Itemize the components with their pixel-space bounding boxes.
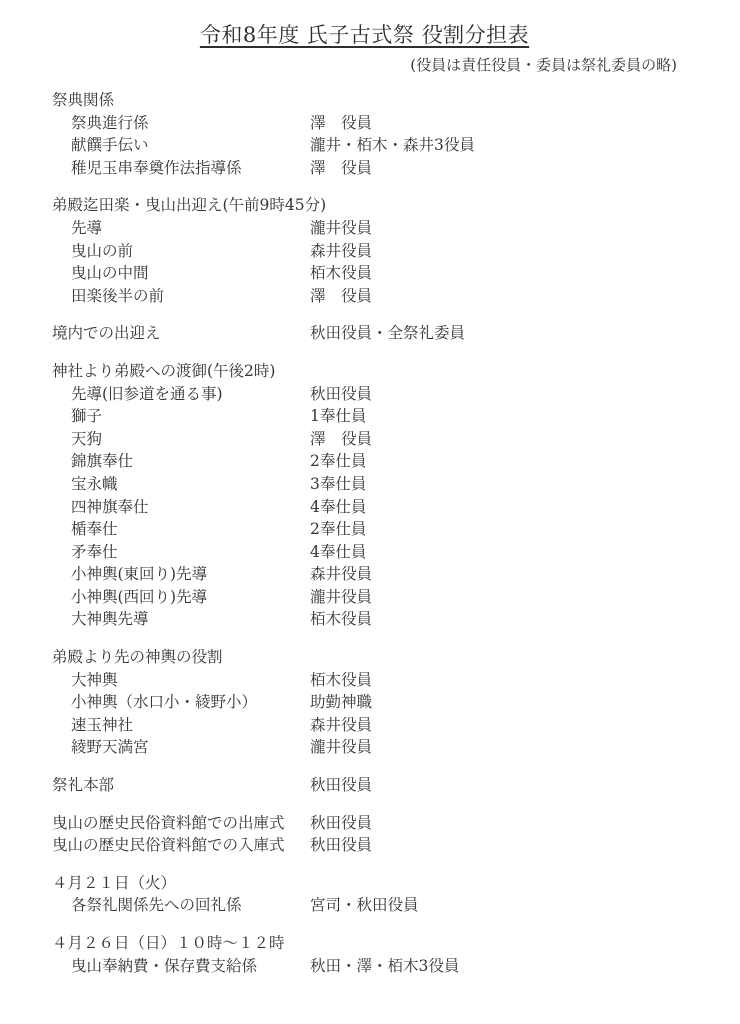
assignment-row: 大神輿 栢木役員 xyxy=(52,669,677,692)
role-label: 曳山奉納費・保存費支給係 xyxy=(52,955,310,978)
assignee-value: 澤 役員 xyxy=(310,112,372,135)
role-label: 先導(旧参道を通る事) xyxy=(52,383,310,406)
role-label: 錦旗奉仕 xyxy=(52,450,310,473)
role-label: 先導 xyxy=(52,217,310,240)
page-title-text: 令和8年度 氏子古式祭 役割分担表 xyxy=(200,23,529,47)
role-label: 境内での出迎え xyxy=(52,322,310,345)
section-heading: 弟殿迄田楽・曳山出迎え(午前9時45分) xyxy=(52,194,677,217)
assignee-value: 秋田役員 xyxy=(310,812,372,835)
assignment-row: 小神輿(東回り)先導 森井役員 xyxy=(52,563,677,586)
assignee-value: 秋田・澤・栢木3役員 xyxy=(310,955,459,978)
assignment-row: 曳山の中間 栢木役員 xyxy=(52,262,677,285)
assignment-row: 曳山の前 森井役員 xyxy=(52,240,677,263)
assignee-value: 瀧井役員 xyxy=(310,736,372,759)
assignee-value: 4奉仕員 xyxy=(310,541,366,564)
page: { "document": { "title": "令和8年度 氏子古式祭 役割… xyxy=(0,0,740,1024)
assignment-row: 四神旗奉仕 4奉仕員 xyxy=(52,496,677,519)
section: 弟殿迄田楽・曳山出迎え(午前9時45分) 先導 瀧井役員 曳山の前 森井役員 曳… xyxy=(52,194,677,307)
document-page: 令和8年度 氏子古式祭 役割分担表 (役員は責任役員・委員は祭礼委員の略) 祭典… xyxy=(0,0,740,1024)
section-heading: 神社より弟殿への渡御(午後2時) xyxy=(52,360,677,383)
section-rows: 祭典進行係 澤 役員 献饌手伝い 瀧井・栢木・森井3役員 稚児玉串奉奠作法指導係… xyxy=(52,112,677,180)
assignment-row: 曳山の歴史民俗資料館での入庫式 秋田役員 xyxy=(52,834,677,857)
section-heading: 祭典関係 xyxy=(52,89,677,112)
section: 祭礼本部 秋田役員 xyxy=(52,774,677,797)
role-label: 矛奉仕 xyxy=(52,541,310,564)
assignee-value: 秋田役員 xyxy=(310,774,372,797)
role-label: 祭礼本部 xyxy=(52,774,310,797)
assignment-row: 各祭礼関係先への回礼係 宮司・秋田役員 xyxy=(52,894,677,917)
section-rows: 境内での出迎え 秋田役員・全祭礼委員 xyxy=(52,322,677,345)
section: 境内での出迎え 秋田役員・全祭礼委員 xyxy=(52,322,677,345)
assignee-value: 瀧井役員 xyxy=(310,586,372,609)
assignee-value: 2奉仕員 xyxy=(310,450,366,473)
assignment-row: 曳山奉納費・保存費支給係 秋田・澤・栢木3役員 xyxy=(52,955,677,978)
section: ４月２１日（火） 各祭礼関係先への回礼係 宮司・秋田役員 xyxy=(52,872,677,917)
section-heading: 弟殿より先の神輿の役割 xyxy=(52,646,677,669)
role-label: 小神輿(東回り)先導 xyxy=(52,563,310,586)
role-label: 速玉神社 xyxy=(52,714,310,737)
role-label: 曳山の歴史民俗資料館での出庫式 xyxy=(52,812,310,835)
assignment-row: 祭礼本部 秋田役員 xyxy=(52,774,677,797)
page-title: 令和8年度 氏子古式祭 役割分担表 xyxy=(52,22,677,48)
assignment-list: 祭典関係 祭典進行係 澤 役員 献饌手伝い 瀧井・栢木・森井3役員 稚児玉串奉奠… xyxy=(52,89,677,977)
role-label: 四神旗奉仕 xyxy=(52,496,310,519)
section: 曳山の歴史民俗資料館での出庫式 秋田役員 曳山の歴史民俗資料館での入庫式 秋田役… xyxy=(52,812,677,857)
role-label: 曳山の歴史民俗資料館での入庫式 xyxy=(52,834,310,857)
assignment-row: 宝永幟 3奉仕員 xyxy=(52,473,677,496)
assignee-value: 秋田役員 xyxy=(310,834,372,857)
assignment-row: 田楽後半の前 澤 役員 xyxy=(52,285,677,308)
assignee-value: 秋田役員・全祭礼委員 xyxy=(310,322,465,345)
assignee-value: 澤 役員 xyxy=(310,157,372,180)
assignee-value: 栢木役員 xyxy=(310,669,372,692)
section-rows: 先導(旧参道を通る事) 秋田役員 獅子 1奉仕員 天狗 澤 役員 錦旗奉仕 2奉… xyxy=(52,383,677,632)
assignee-value: 澤 役員 xyxy=(310,285,372,308)
assignment-row: 大神輿先導 栢木役員 xyxy=(52,608,677,631)
section-heading: ４月２１日（火） xyxy=(52,872,677,895)
title-note: (役員は責任役員・委員は祭礼委員の略) xyxy=(52,55,677,75)
assignment-row: 綾野天満宮 瀧井役員 xyxy=(52,736,677,759)
assignee-value: 森井役員 xyxy=(310,563,372,586)
assignment-row: 速玉神社 森井役員 xyxy=(52,714,677,737)
role-label: 曳山の前 xyxy=(52,240,310,263)
assignee-value: 3奉仕員 xyxy=(310,473,366,496)
section-rows: 曳山の歴史民俗資料館での出庫式 秋田役員 曳山の歴史民俗資料館での入庫式 秋田役… xyxy=(52,812,677,857)
assignee-value: 森井役員 xyxy=(310,240,372,263)
assignment-row: 小神輿(西回り)先導 瀧井役員 xyxy=(52,586,677,609)
section: ４月２６日（日）１０時～１２時 曳山奉納費・保存費支給係 秋田・澤・栢木3役員 xyxy=(52,932,677,977)
assignee-value: 森井役員 xyxy=(310,714,372,737)
assignment-row: 先導(旧参道を通る事) 秋田役員 xyxy=(52,383,677,406)
role-label: 各祭礼関係先への回礼係 xyxy=(52,894,310,917)
assignment-row: 矛奉仕 4奉仕員 xyxy=(52,541,677,564)
section: 祭典関係 祭典進行係 澤 役員 献饌手伝い 瀧井・栢木・森井3役員 稚児玉串奉奠… xyxy=(52,89,677,179)
role-label: 大神輿 xyxy=(52,669,310,692)
assignment-row: 曳山の歴史民俗資料館での出庫式 秋田役員 xyxy=(52,812,677,835)
role-label: 田楽後半の前 xyxy=(52,285,310,308)
section-heading: ４月２６日（日）１０時～１２時 xyxy=(52,932,677,955)
role-label: 小神輿(西回り)先導 xyxy=(52,586,310,609)
role-label: 小神輿（水口小・綾野小） xyxy=(52,691,310,714)
role-label: 綾野天満宮 xyxy=(52,736,310,759)
assignee-value: 4奉仕員 xyxy=(310,496,366,519)
assignment-row: 錦旗奉仕 2奉仕員 xyxy=(52,450,677,473)
assignee-value: 秋田役員 xyxy=(310,383,372,406)
assignee-value: 2奉仕員 xyxy=(310,518,366,541)
assignment-row: 献饌手伝い 瀧井・栢木・森井3役員 xyxy=(52,134,677,157)
role-label: 宝永幟 xyxy=(52,473,310,496)
assignee-value: 瀧井・栢木・森井3役員 xyxy=(310,134,475,157)
assignment-row: 先導 瀧井役員 xyxy=(52,217,677,240)
assignee-value: 宮司・秋田役員 xyxy=(310,894,419,917)
assignment-row: 祭典進行係 澤 役員 xyxy=(52,112,677,135)
assignee-value: 助勤神職 xyxy=(310,691,372,714)
section: 弟殿より先の神輿の役割 大神輿 栢木役員 小神輿（水口小・綾野小） 助勤神職 速… xyxy=(52,646,677,759)
assignee-value: 1奉仕員 xyxy=(310,405,366,428)
section-rows: 先導 瀧井役員 曳山の前 森井役員 曳山の中間 栢木役員 田楽後半の前 澤 役員 xyxy=(52,217,677,307)
section-rows: 曳山奉納費・保存費支給係 秋田・澤・栢木3役員 xyxy=(52,955,677,978)
section-rows: 各祭礼関係先への回礼係 宮司・秋田役員 xyxy=(52,894,677,917)
role-label: 曳山の中間 xyxy=(52,262,310,285)
assignment-row: 小神輿（水口小・綾野小） 助勤神職 xyxy=(52,691,677,714)
assignment-row: 天狗 澤 役員 xyxy=(52,428,677,451)
assignee-value: 瀧井役員 xyxy=(310,217,372,240)
assignee-value: 栢木役員 xyxy=(310,262,372,285)
section-rows: 大神輿 栢木役員 小神輿（水口小・綾野小） 助勤神職 速玉神社 森井役員 綾野天… xyxy=(52,669,677,759)
assignee-value: 澤 役員 xyxy=(310,428,372,451)
role-label: 天狗 xyxy=(52,428,310,451)
assignment-row: 稚児玉串奉奠作法指導係 澤 役員 xyxy=(52,157,677,180)
role-label: 大神輿先導 xyxy=(52,608,310,631)
assignment-row: 楯奉仕 2奉仕員 xyxy=(52,518,677,541)
assignee-value: 栢木役員 xyxy=(310,608,372,631)
role-label: 楯奉仕 xyxy=(52,518,310,541)
section-rows: 祭礼本部 秋田役員 xyxy=(52,774,677,797)
section: 神社より弟殿への渡御(午後2時) 先導(旧参道を通る事) 秋田役員 獅子 1奉仕… xyxy=(52,360,677,631)
role-label: 祭典進行係 xyxy=(52,112,310,135)
role-label: 献饌手伝い xyxy=(52,134,310,157)
assignment-row: 境内での出迎え 秋田役員・全祭礼委員 xyxy=(52,322,677,345)
role-label: 稚児玉串奉奠作法指導係 xyxy=(52,157,310,180)
assignment-row: 獅子 1奉仕員 xyxy=(52,405,677,428)
role-label: 獅子 xyxy=(52,405,310,428)
